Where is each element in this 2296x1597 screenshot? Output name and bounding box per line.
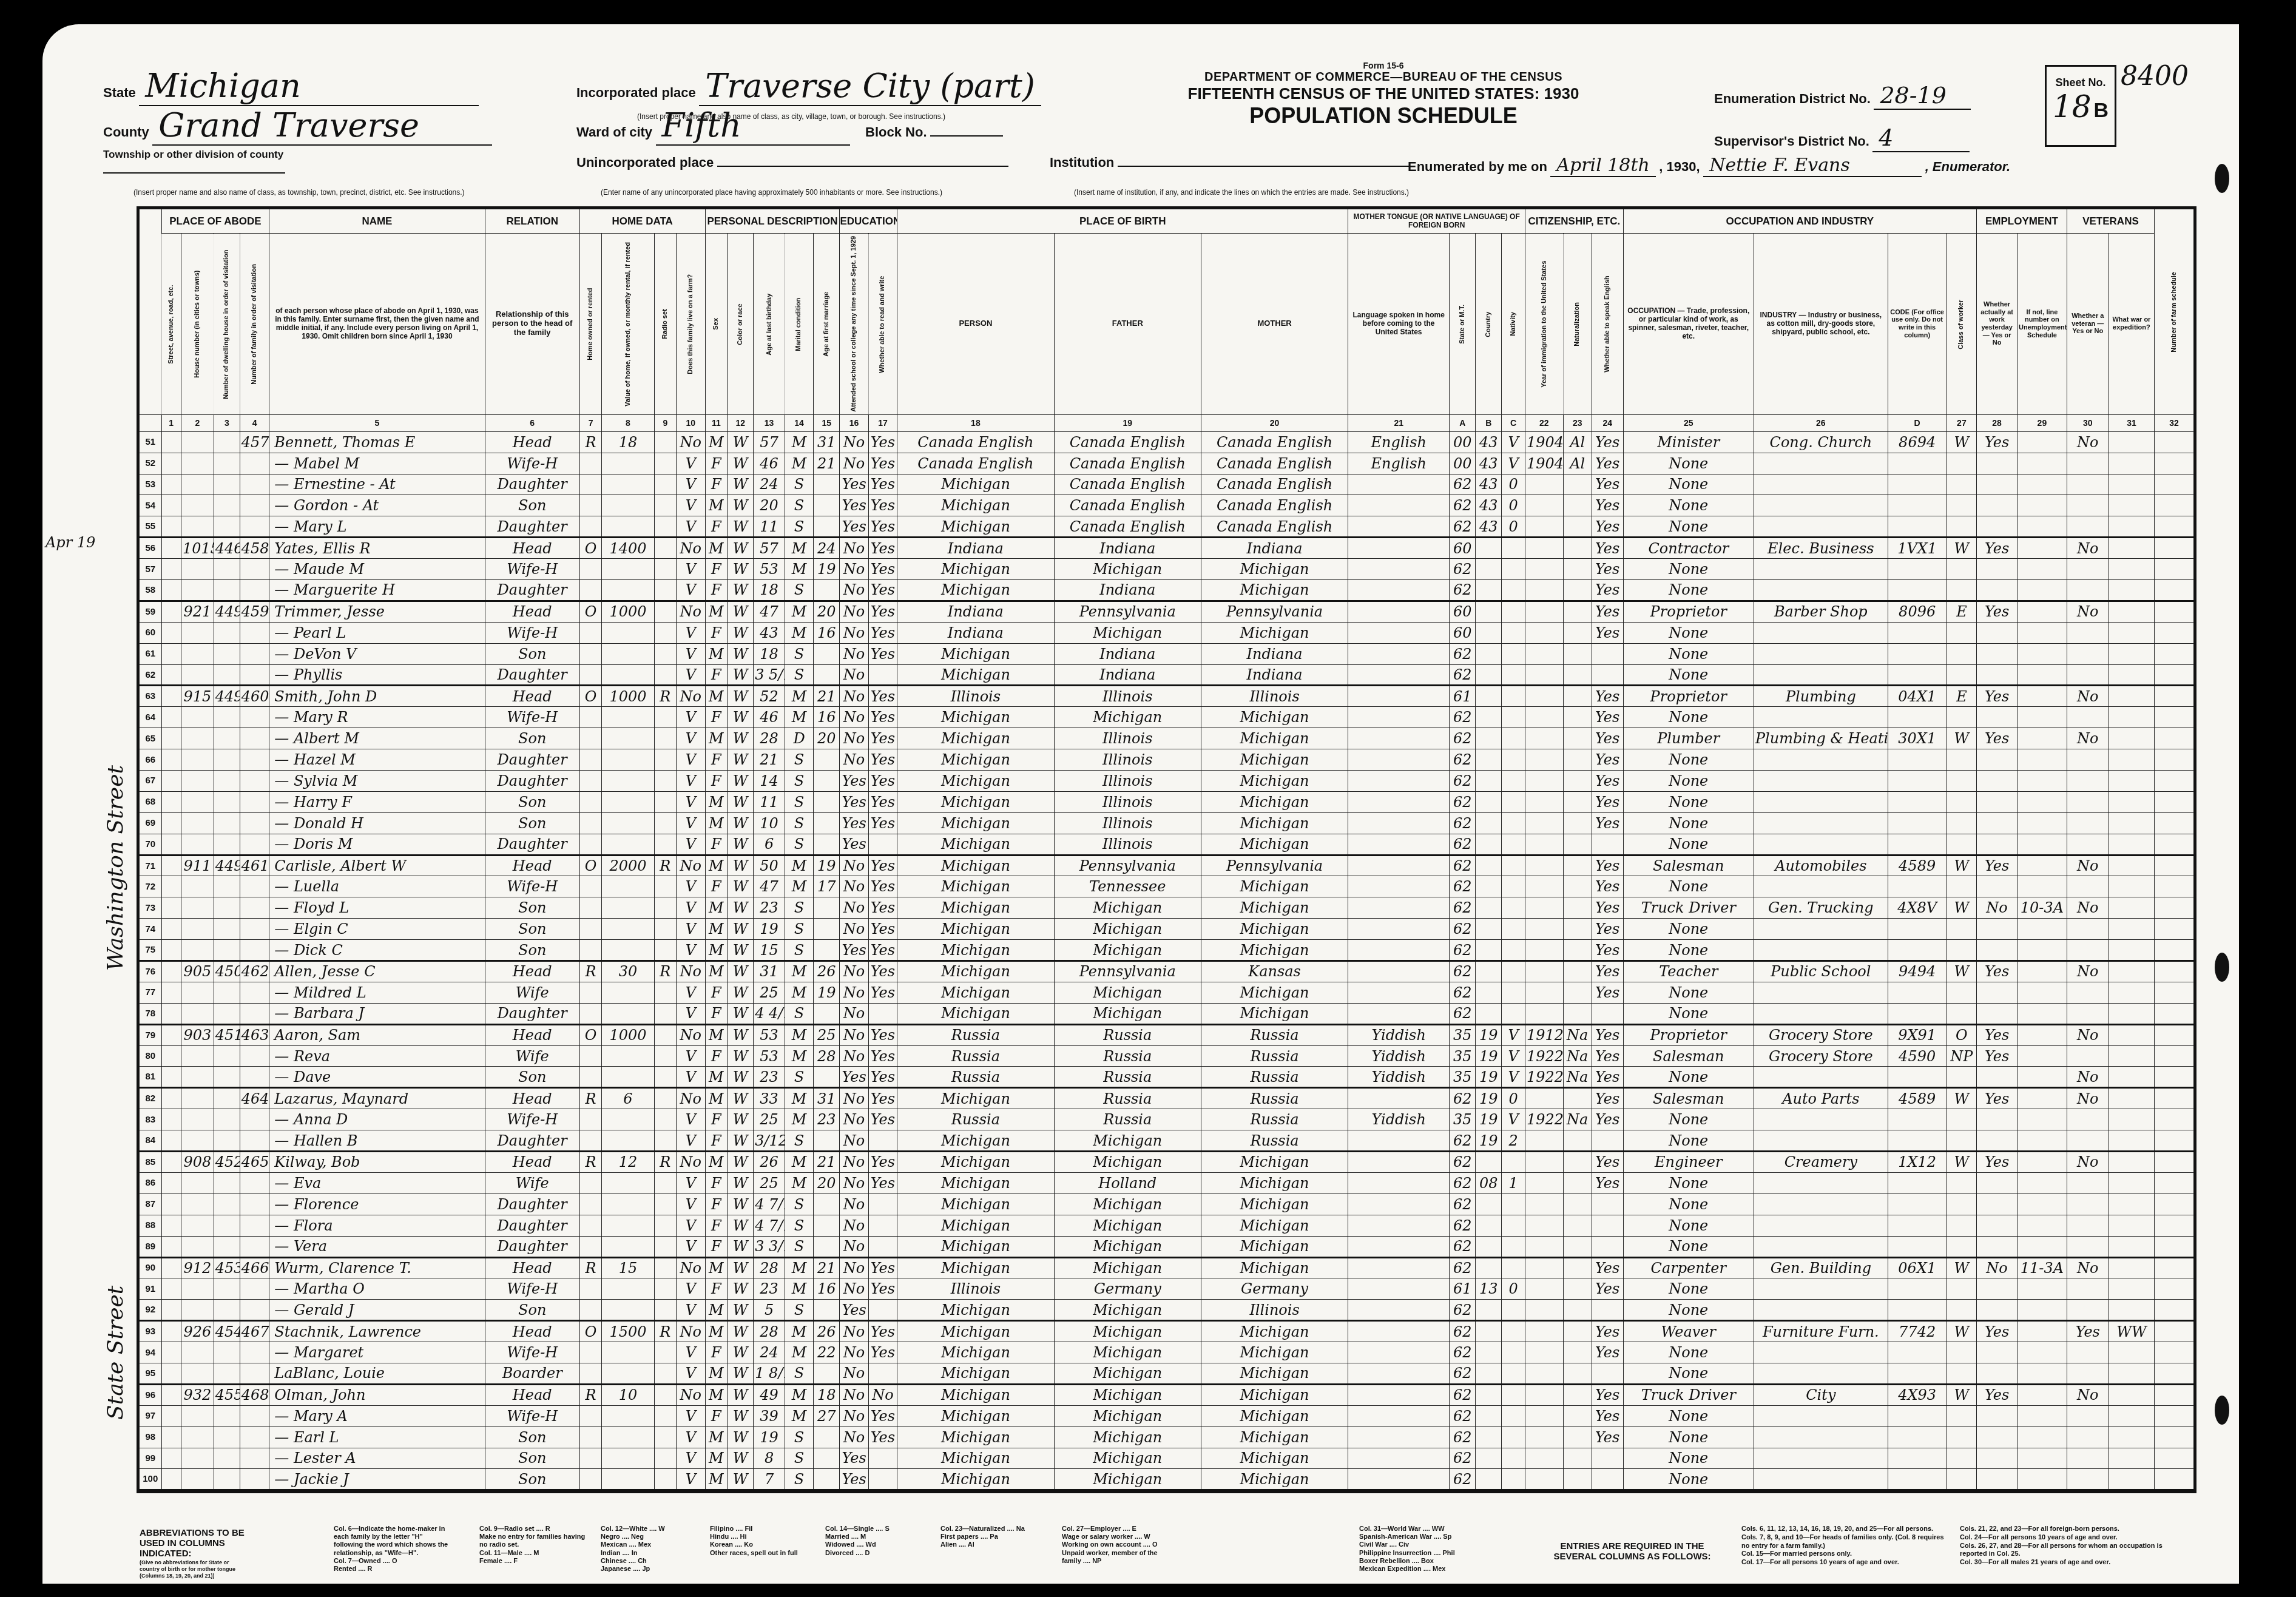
cell-cB <box>1476 897 1502 919</box>
cell-work <box>1977 1300 2017 1321</box>
cell-line: 91 <box>140 1278 162 1300</box>
cell-father: Michigan <box>1054 1236 1201 1257</box>
cell-english: Yes <box>1592 1257 1623 1278</box>
cell-age-marr <box>814 1215 840 1236</box>
column-number: 26 <box>1754 414 1888 431</box>
cell-house <box>181 1448 214 1469</box>
table-row: 90912453466Wurm, Clarence T.HeadR15NoMW2… <box>140 1257 2194 1278</box>
cell-vet <box>2067 707 2109 728</box>
cell-work <box>1977 1342 2017 1363</box>
cell-occupation: None <box>1623 1194 1754 1215</box>
cell-sex: M <box>705 1426 728 1448</box>
cell-vet: No <box>2067 686 2109 707</box>
cell-family <box>240 707 269 728</box>
cell-cB <box>1476 791 1502 812</box>
cell-natur: Na <box>1563 1109 1592 1130</box>
cell-cB <box>1476 601 1502 622</box>
cell-race: W <box>728 538 754 559</box>
cell-cA: 35 <box>1450 1067 1476 1088</box>
cell-street <box>161 1172 181 1194</box>
cell-father: Michigan <box>1054 1469 1201 1490</box>
cell-dwelling: 450 <box>214 961 240 982</box>
cell-family <box>240 1172 269 1194</box>
cell-industry: Plumbing & Heating <box>1754 728 1888 749</box>
col29-header: If not, line number on Unemployment Sche… <box>2017 234 2067 415</box>
cell-read <box>868 1003 897 1024</box>
cell-age-marr: 26 <box>814 1321 840 1342</box>
cell-house <box>181 1067 214 1088</box>
cell-house <box>181 1130 214 1152</box>
cell-street <box>161 855 181 876</box>
cell-farm: V <box>677 1130 705 1152</box>
cell-occupation: Proprietor <box>1623 1024 1754 1045</box>
cell-father: Pennsylvania <box>1054 601 1201 622</box>
group-home-data: HOME DATA <box>579 209 705 234</box>
cell-sex: F <box>705 474 728 495</box>
cell-father: Michigan <box>1054 1405 1201 1426</box>
cell-industry <box>1754 1278 1888 1300</box>
cell-tongue <box>1348 771 1450 792</box>
col8-header: Value of home, if owned, or monthly rent… <box>602 234 654 415</box>
cell-name: Olman, John <box>269 1384 485 1405</box>
cell-tongue <box>1348 601 1450 622</box>
cell-immig <box>1525 538 1563 559</box>
column-number: 19 <box>1054 414 1201 431</box>
cell-marital: S <box>785 1003 813 1024</box>
cell-war <box>2109 601 2154 622</box>
cell-cA: 62 <box>1450 897 1476 919</box>
cell-tongue <box>1348 961 1450 982</box>
cell-owned <box>579 1003 602 1024</box>
cell-birth: Michigan <box>897 1469 1054 1490</box>
cell-industry <box>1754 1067 1888 1088</box>
table-row: 84— Hallen BDaughterVFW3/12SNoMichiganMi… <box>140 1130 2194 1152</box>
cell-occupation: None <box>1623 1130 1754 1152</box>
cell-farm: V <box>677 1448 705 1469</box>
cell-street <box>161 559 181 580</box>
cell-father: Michigan <box>1054 1384 1201 1405</box>
cell-industry <box>1754 1215 1888 1236</box>
cell-natur <box>1563 1194 1592 1215</box>
cell-farm-sched <box>2155 1321 2194 1342</box>
cell-name: — Mildred L <box>269 982 485 1003</box>
cell-unemp <box>2017 1215 2067 1236</box>
cell-vet: No <box>2067 961 2109 982</box>
unincorporated-value <box>717 166 1008 167</box>
department-title: DEPARTMENT OF COMMERCE—BUREAU OF THE CEN… <box>1171 70 1596 84</box>
col2-header: House number (in cities or towns) <box>181 234 214 415</box>
cell-father: Michigan <box>1054 1257 1201 1278</box>
cell-owned <box>579 897 602 919</box>
cell-work <box>1977 707 2017 728</box>
group-name: NAME <box>269 209 485 234</box>
cell-marital: M <box>785 1321 813 1342</box>
cell-industry: Grocery Store <box>1754 1045 1888 1067</box>
cell-immig <box>1525 1130 1563 1152</box>
cell-value <box>602 812 654 834</box>
cell-relation: Son <box>485 791 579 812</box>
cell-relation: Wife-H <box>485 1109 579 1130</box>
cell-cA: 60 <box>1450 538 1476 559</box>
cell-war <box>2109 559 2154 580</box>
cell-cC: V <box>1502 1024 1525 1045</box>
cell-cC: 2 <box>1502 1130 1525 1152</box>
cell-unemp <box>2017 1045 2067 1067</box>
cell-unemp: 11-3A <box>2017 1257 2067 1278</box>
cell-dwelling <box>214 1300 240 1321</box>
col22-header: Year of immigration to the United States <box>1525 234 1563 415</box>
cell-farm: No <box>677 601 705 622</box>
cell-farm-sched <box>2155 453 2194 474</box>
cell-value <box>602 876 654 897</box>
cell-cA: 62 <box>1450 1194 1476 1215</box>
sheet-side: B <box>2094 99 2109 122</box>
cell-line: 62 <box>140 664 162 686</box>
cell-race: W <box>728 1024 754 1045</box>
cell-marital: M <box>785 559 813 580</box>
cell-cB <box>1476 622 1502 643</box>
cell-mother: Michigan <box>1201 1426 1348 1448</box>
cell-work <box>1977 1469 2017 1490</box>
cell-cD <box>1888 791 1947 812</box>
cell-immig <box>1525 1405 1563 1426</box>
cell-unemp <box>2017 580 2067 601</box>
cell-immig <box>1525 1088 1563 1109</box>
cell-age: 57 <box>754 431 785 453</box>
cell-sex: M <box>705 791 728 812</box>
cell-natur <box>1563 812 1592 834</box>
cell-age: 28 <box>754 728 785 749</box>
cell-age: 8 <box>754 1448 785 1469</box>
cell-father: Illinois <box>1054 812 1201 834</box>
cell-line: 82 <box>140 1088 162 1109</box>
cell-vet: Yes <box>2067 1321 2109 1342</box>
cell-race: W <box>728 1448 754 1469</box>
cell-line: 89 <box>140 1236 162 1257</box>
cell-radio <box>654 1088 677 1109</box>
cell-tongue <box>1348 1130 1450 1152</box>
cell-tongue <box>1348 707 1450 728</box>
cell-dwelling <box>214 1405 240 1426</box>
cell-age: 21 <box>754 749 785 771</box>
cell-marital: S <box>785 580 813 601</box>
cell-relation: Head <box>485 1024 579 1045</box>
cell-farm-sched <box>2155 538 2194 559</box>
cell-birth: Michigan <box>897 495 1054 516</box>
column-number: 21 <box>1348 414 1450 431</box>
cell-radio: R <box>654 686 677 707</box>
cell-farm-sched <box>2155 1405 2194 1426</box>
cell-vet <box>2067 1045 2109 1067</box>
cell-owned <box>579 559 602 580</box>
cell-tongue <box>1348 1342 1450 1363</box>
cell-cD <box>1888 749 1947 771</box>
col17-header: Whether able to read and write <box>868 234 897 415</box>
cell-line: 97 <box>140 1405 162 1426</box>
cell-mother: Kansas <box>1201 961 1348 982</box>
cell-relation: Wife-H <box>485 453 579 474</box>
cell-sex: F <box>705 1003 728 1024</box>
cell-value <box>602 791 654 812</box>
cell-english: Yes <box>1592 812 1623 834</box>
cell-mother: Michigan <box>1201 622 1348 643</box>
cell-marital: M <box>785 855 813 876</box>
column-number: 7 <box>579 414 602 431</box>
cell-school: No <box>840 580 868 601</box>
cell-sex: M <box>705 643 728 664</box>
cell-birth: Michigan <box>897 1426 1054 1448</box>
cell-immig <box>1525 834 1563 855</box>
cell-vet <box>2067 919 2109 940</box>
cell-class <box>1947 516 1977 538</box>
cell-immig <box>1525 1257 1563 1278</box>
cell-father: Michigan <box>1054 1130 1201 1152</box>
cell-dwelling <box>214 559 240 580</box>
cell-age-marr: 23 <box>814 1109 840 1130</box>
cell-street <box>161 622 181 643</box>
cell-farm-sched <box>2155 1067 2194 1088</box>
cell-birth: Indiana <box>897 601 1054 622</box>
cell-relation: Wife <box>485 1172 579 1194</box>
cell-mother: Michigan <box>1201 897 1348 919</box>
cell-sex: M <box>705 812 728 834</box>
abbreviation-block: Col. 12—White .... W Negro .... Neg Mexi… <box>601 1525 716 1573</box>
cell-value: 1000 <box>602 686 654 707</box>
cell-occupation: None <box>1623 1278 1754 1300</box>
cell-owned: O <box>579 538 602 559</box>
cell-natur <box>1563 474 1592 495</box>
cell-line: 73 <box>140 897 162 919</box>
cell-line: 70 <box>140 834 162 855</box>
cell-line: 58 <box>140 580 162 601</box>
cell-cC <box>1502 1469 1525 1490</box>
cell-family <box>240 982 269 1003</box>
cell-tongue <box>1348 1278 1450 1300</box>
cell-immig <box>1525 982 1563 1003</box>
cell-owned <box>579 516 602 538</box>
cell-owned <box>579 1194 602 1215</box>
cell-cC <box>1502 791 1525 812</box>
cell-radio <box>654 538 677 559</box>
cell-street <box>161 876 181 897</box>
cell-race: W <box>728 707 754 728</box>
cell-cB <box>1476 1152 1502 1173</box>
cell-sex: F <box>705 1342 728 1363</box>
cell-value <box>602 728 654 749</box>
cell-age-marr: 19 <box>814 559 840 580</box>
cell-age: 14 <box>754 771 785 792</box>
cell-farm: No <box>677 1257 705 1278</box>
cell-war <box>2109 1003 2154 1024</box>
cell-father: Russia <box>1054 1024 1201 1045</box>
cell-radio <box>654 1469 677 1490</box>
cell-tongue <box>1348 1448 1450 1469</box>
cell-radio <box>654 580 677 601</box>
cell-class <box>1947 919 1977 940</box>
cell-age: 6 <box>754 834 785 855</box>
cell-owned: R <box>579 431 602 453</box>
cell-tongue <box>1348 643 1450 664</box>
cell-dwelling <box>214 1342 240 1363</box>
cell-value <box>602 1426 654 1448</box>
cell-war <box>2109 1384 2154 1405</box>
cell-industry <box>1754 1109 1888 1130</box>
cell-owned <box>579 1426 602 1448</box>
cell-immig <box>1525 601 1563 622</box>
cell-sex: M <box>705 728 728 749</box>
cell-value <box>602 1278 654 1300</box>
cell-vet <box>2067 1300 2109 1321</box>
cell-value: 18 <box>602 431 654 453</box>
cell-relation: Daughter <box>485 749 579 771</box>
cell-class <box>1947 580 1977 601</box>
cell-family <box>240 559 269 580</box>
cell-tongue <box>1348 1300 1450 1321</box>
cell-tongue <box>1348 1363 1450 1384</box>
cell-class <box>1947 474 1977 495</box>
cell-industry <box>1754 982 1888 1003</box>
cell-immig <box>1525 855 1563 876</box>
cell-read: Yes <box>868 1045 897 1067</box>
cell-age-marr <box>814 516 840 538</box>
cell-cD <box>1888 876 1947 897</box>
cell-mother: Michigan <box>1201 707 1348 728</box>
cell-family: 464 <box>240 1088 269 1109</box>
cell-vet <box>2067 516 2109 538</box>
cell-occupation: None <box>1623 622 1754 643</box>
cell-immig <box>1525 686 1563 707</box>
cell-read: Yes <box>868 495 897 516</box>
cell-mother: Michigan <box>1201 876 1348 897</box>
cell-name: — Dave <box>269 1067 485 1088</box>
cell-immig: 1912 <box>1525 1024 1563 1045</box>
cell-age-marr: 28 <box>814 1045 840 1067</box>
cell-name: — Marguerite H <box>269 580 485 601</box>
cell-work: Yes <box>1977 431 2017 453</box>
cell-cC <box>1502 897 1525 919</box>
col24-header: Whether able to speak English <box>1592 234 1623 415</box>
cell-industry <box>1754 1130 1888 1152</box>
column-number: 28 <box>1977 414 2017 431</box>
cell-cA: 35 <box>1450 1109 1476 1130</box>
col9-header: Radio set <box>654 234 677 415</box>
cell-class <box>1947 1363 1977 1384</box>
cell-family: 463 <box>240 1024 269 1045</box>
cell-read: Yes <box>868 1321 897 1342</box>
cell-relation: Daughter <box>485 664 579 686</box>
cell-family <box>240 749 269 771</box>
cell-work <box>1977 1130 2017 1152</box>
cell-owned <box>579 664 602 686</box>
cell-radio <box>654 601 677 622</box>
cell-industry <box>1754 771 1888 792</box>
cell-father: Germany <box>1054 1278 1201 1300</box>
cell-age: 25 <box>754 982 785 1003</box>
cell-relation: Head <box>485 538 579 559</box>
cell-vet: No <box>2067 538 2109 559</box>
cell-read: Yes <box>868 431 897 453</box>
cell-name: — Florence <box>269 1194 485 1215</box>
cell-line: 74 <box>140 919 162 940</box>
cell-father: Pennsylvania <box>1054 855 1201 876</box>
cell-vet <box>2067 1194 2109 1215</box>
cell-house <box>181 559 214 580</box>
cell-cC <box>1502 1300 1525 1321</box>
table-row: 69— Donald HSonVMW10SYesYesMichiganIllin… <box>140 812 2194 834</box>
cell-race: W <box>728 601 754 622</box>
cell-street <box>161 495 181 516</box>
ed-value: 28-19 <box>1874 82 1971 110</box>
cell-father: Canada English <box>1054 516 1201 538</box>
cell-birth: Michigan <box>897 876 1054 897</box>
cell-war <box>2109 1426 2154 1448</box>
cell-cA: 62 <box>1450 1257 1476 1278</box>
cell-age-marr: 21 <box>814 686 840 707</box>
cell-natur <box>1563 1278 1592 1300</box>
cell-mother: Russia <box>1201 1109 1348 1130</box>
cell-cD <box>1888 1469 1947 1490</box>
cell-sex: M <box>705 1384 728 1405</box>
cell-radio <box>654 940 677 961</box>
cell-owned <box>579 771 602 792</box>
cell-relation: Son <box>485 643 579 664</box>
cell-birth: Illinois <box>897 686 1054 707</box>
cell-tongue <box>1348 876 1450 897</box>
enumerator-name: Nettie F. Evans <box>1703 155 1922 177</box>
cell-war <box>2109 453 2154 474</box>
cell-school: No <box>840 876 868 897</box>
cell-marital: S <box>785 1448 813 1469</box>
cell-father: Michigan <box>1054 1448 1201 1469</box>
group-citizenship: CITIZENSHIP, ETC. <box>1525 209 1624 234</box>
sd-label: Supervisor's District No. <box>1714 133 1869 149</box>
cell-relation: Head <box>485 686 579 707</box>
cell-relation: Daughter <box>485 1236 579 1257</box>
cell-occupation: Teacher <box>1623 961 1754 982</box>
cell-cD: 9X91 <box>1888 1024 1947 1045</box>
cell-immig <box>1525 749 1563 771</box>
cell-age: 15 <box>754 940 785 961</box>
cell-cC <box>1502 940 1525 961</box>
cell-house <box>181 728 214 749</box>
cell-cB <box>1476 1236 1502 1257</box>
cell-cC <box>1502 538 1525 559</box>
cell-cD <box>1888 664 1947 686</box>
cell-vet <box>2067 771 2109 792</box>
cell-sex: F <box>705 580 728 601</box>
enumerated-field: Enumerated by me on April 18th , 1930, N… <box>1408 155 2010 177</box>
cell-tongue <box>1348 1257 1450 1278</box>
cell-family <box>240 791 269 812</box>
cell-radio <box>654 1236 677 1257</box>
cell-industry <box>1754 1236 1888 1257</box>
cell-owned <box>579 940 602 961</box>
cell-cD <box>1888 834 1947 855</box>
cell-birth: Michigan <box>897 897 1054 919</box>
cell-dwelling <box>214 1469 240 1490</box>
cell-cC <box>1502 1363 1525 1384</box>
cell-birth: Michigan <box>897 664 1054 686</box>
cell-value <box>602 1300 654 1321</box>
cell-war <box>2109 834 2154 855</box>
cell-race: W <box>728 897 754 919</box>
cell-mother: Michigan <box>1201 812 1348 834</box>
cell-father: Illinois <box>1054 791 1201 812</box>
line-number-header <box>140 209 162 415</box>
cell-owned <box>579 474 602 495</box>
cell-work <box>1977 791 2017 812</box>
cell-mother: Canada English <box>1201 474 1348 495</box>
